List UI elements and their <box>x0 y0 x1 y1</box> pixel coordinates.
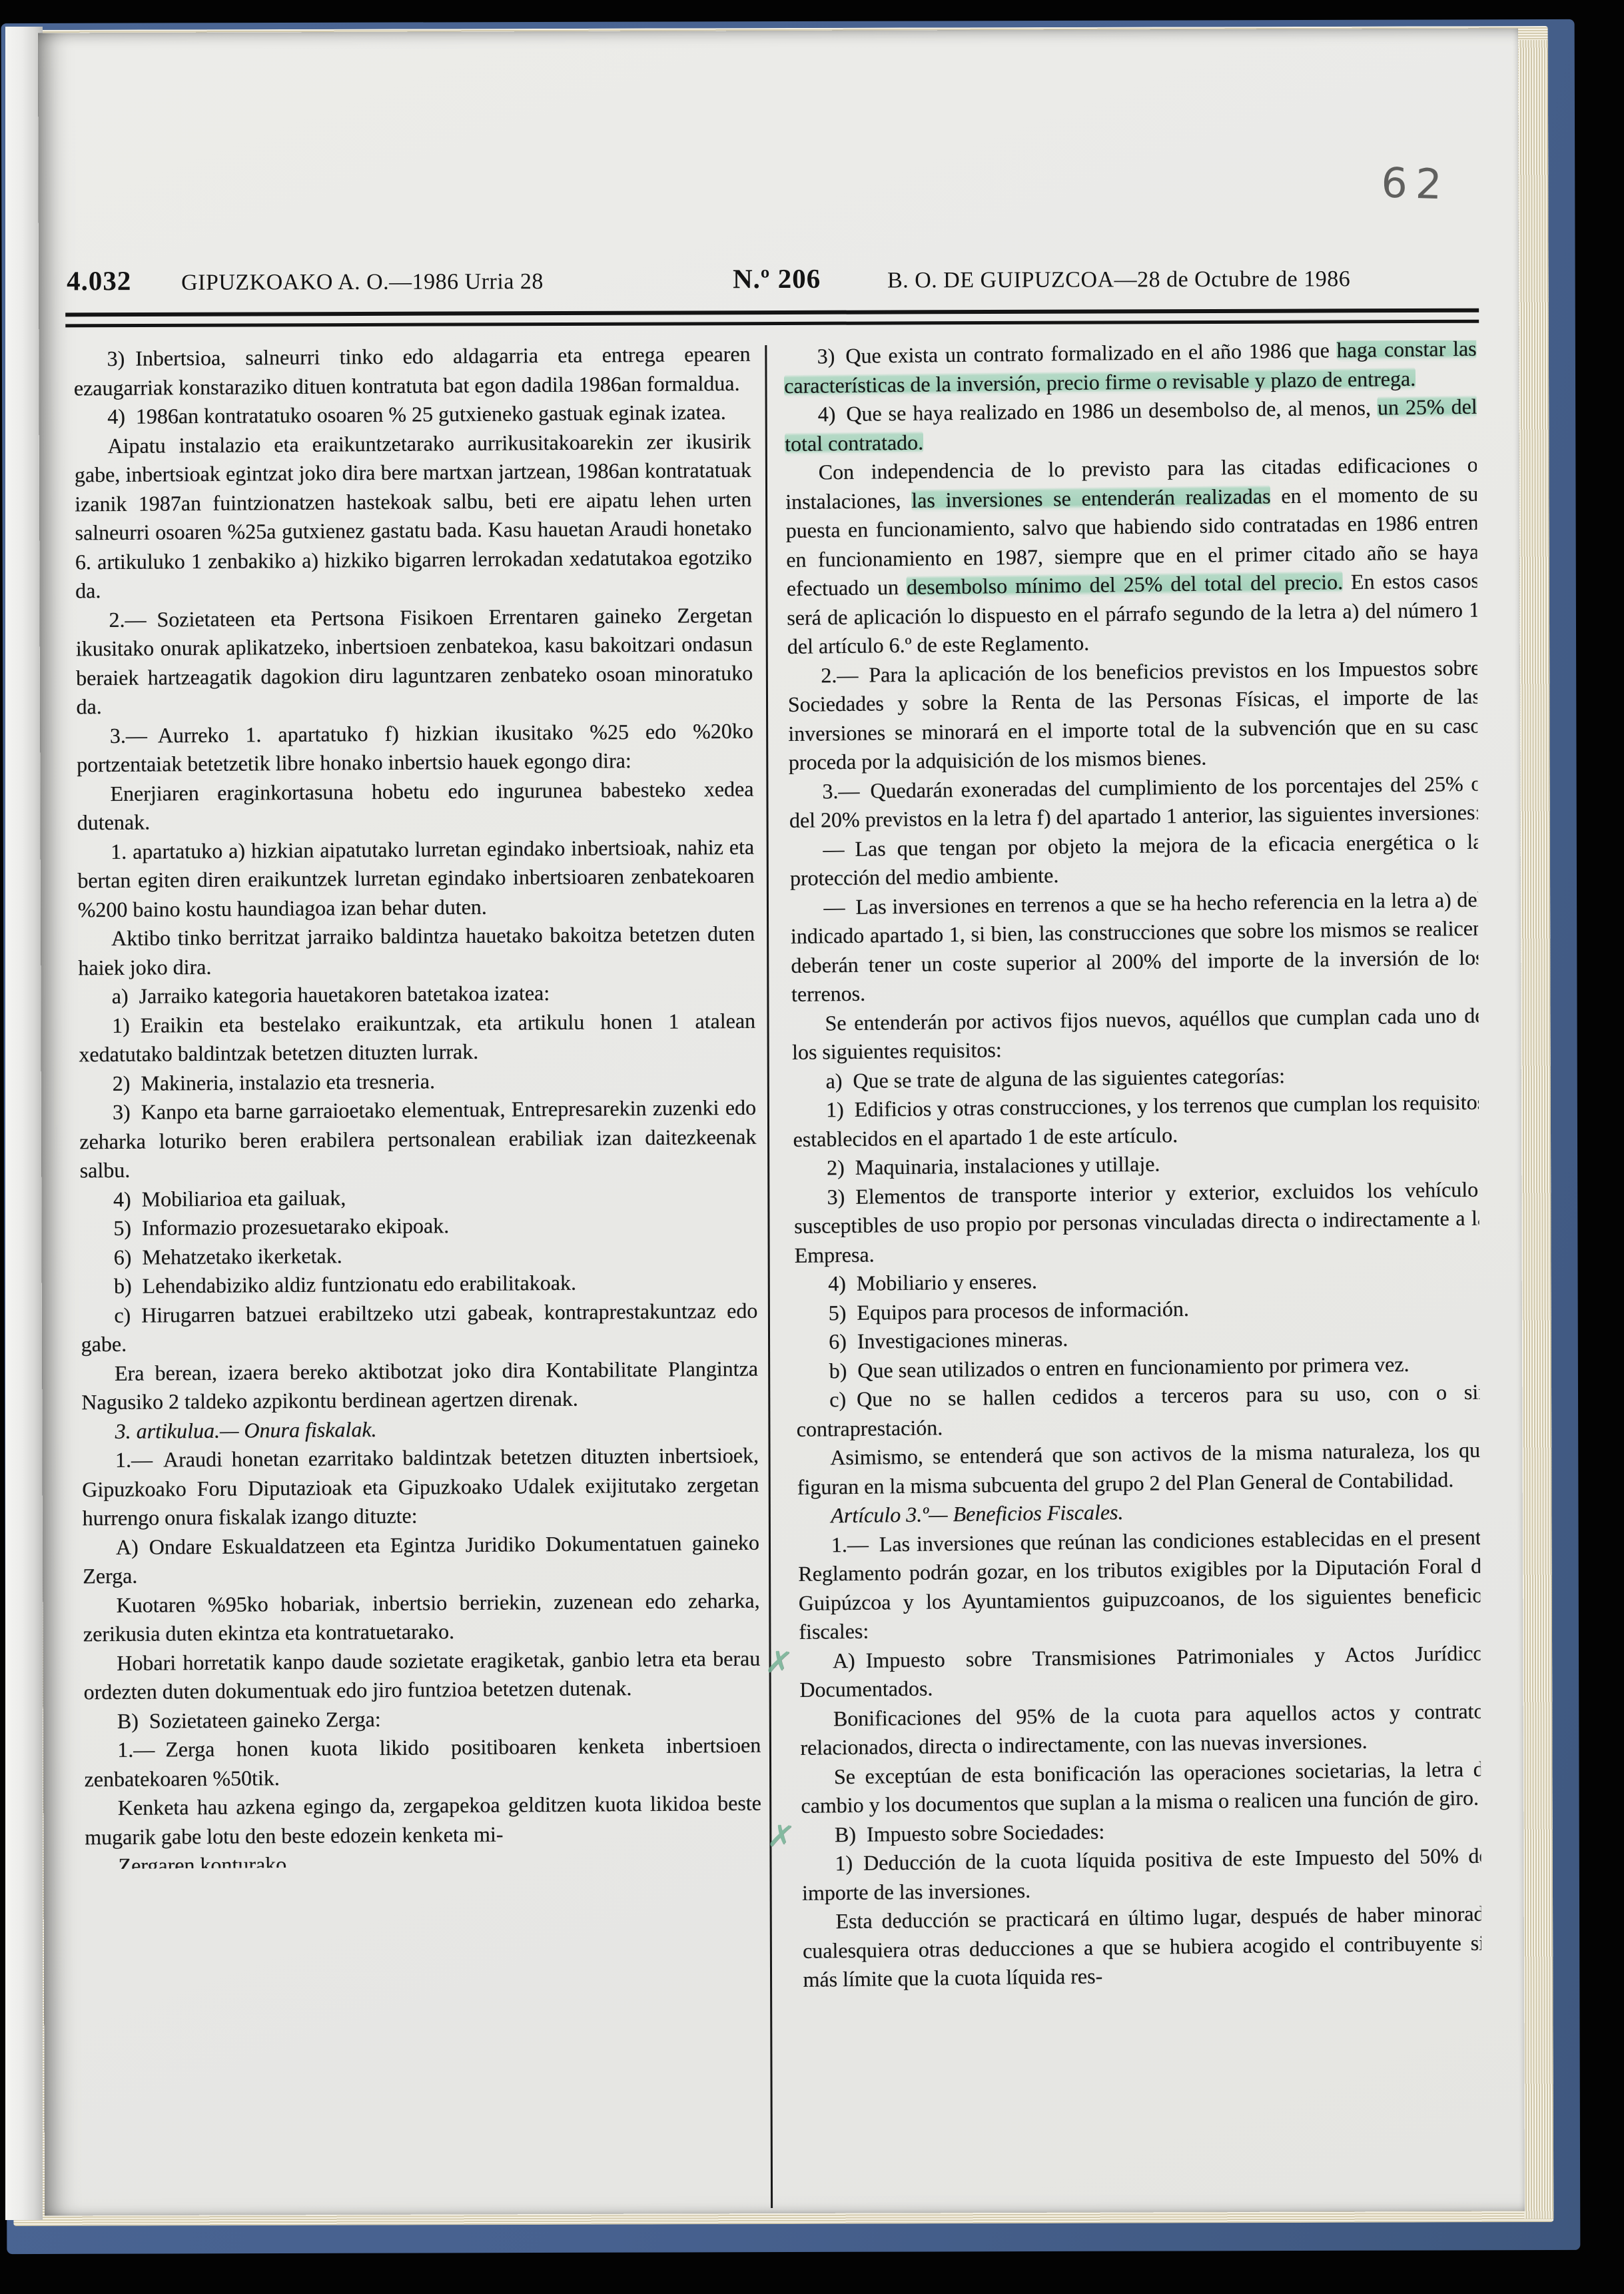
text-run: A) Impuesto sobre Transmisiones Patrimon… <box>799 1640 1482 1702</box>
text-run: 4) Mobiliarioa eta gailuak, <box>113 1185 346 1211</box>
text-run: B) Sozietateen gaineko Zerga: <box>117 1706 381 1732</box>
paragraph: 3) Kanpo eta barne garraioetako elementu… <box>79 1093 757 1185</box>
text-run: Hobari horretatik kanpo daude sozietate … <box>83 1646 760 1704</box>
paragraph: Con independencia de lo previsto para la… <box>785 450 1480 662</box>
column-divider-rule <box>765 345 773 2208</box>
text-run: Se exceptúan de esta bonificación las op… <box>801 1756 1482 1818</box>
paragraph: Aktibo tinko berritzat jarraiko baldintz… <box>78 919 755 983</box>
text-run: 5) Informazio prozesuetarako ekipoak. <box>113 1213 449 1240</box>
paragraph: Era berean, izaera bereko aktibotzat jok… <box>81 1354 759 1417</box>
text-run: 1) Deducción de la cuota líquida positiv… <box>802 1843 1482 1904</box>
paragraph: 1.— Zerga honen kuota likido positiboare… <box>84 1731 761 1794</box>
text-run: Era berean, izaera bereko aktibotzat jok… <box>81 1356 758 1414</box>
column-basque: 3) Inbertsioa, salneurri tinko edo aldag… <box>73 340 764 2211</box>
paragraph: Esta deducción se practicará en último l… <box>802 1899 1482 1994</box>
paragraph: 3) Inbertsioa, salneurri tinko edo aldag… <box>73 340 751 403</box>
text-run: A) Ondare Eskualdatzeen eta Egintza Juri… <box>83 1530 759 1588</box>
text-run: 3. artikulua.— Onura fiskalak. <box>115 1417 376 1442</box>
text-run: Aktibo tinko berritzat jarraiko baldintz… <box>78 921 755 979</box>
two-column-text: 3) Inbertsioa, salneurri tinko edo aldag… <box>73 340 1482 2211</box>
paragraph: Kuotaren %95ko hobariak, inbertsio berri… <box>83 1586 760 1649</box>
text-run: Zergaren konturako <box>118 1852 286 1869</box>
text-run: 6) Mehatzetako ikerketak. <box>113 1243 342 1269</box>
paragraph: Hobari horretatik kanpo daude sozietate … <box>83 1644 761 1707</box>
paragraph: 3.— Quedarán exoneradas del cumplimiento… <box>789 769 1482 835</box>
text-run: 3.— Aurreko 1. apartatuko f) hizkian iku… <box>77 718 753 776</box>
paragraph: 1.— Las inversiones que reúnan las condi… <box>797 1522 1482 1646</box>
paragraph: 4) Que se haya realizado en 1986 un dese… <box>784 392 1477 458</box>
text-run: c) Hirugarren batzuei erabiltzeko utzi g… <box>81 1298 757 1356</box>
text-run: B) Impuesto sobre Sociedades: <box>835 1819 1105 1846</box>
paragraph: 1) Deducción de la cuota líquida positiv… <box>801 1841 1482 1907</box>
paragraph: c) Que no se hallen cedidos a terceros p… <box>796 1378 1482 1444</box>
header-title-spanish: B. O. DE GUIPUZCOA—28 de Octubre de 1986 <box>887 267 1485 294</box>
text-run: Asimismo, se entenderá que son activos d… <box>797 1438 1482 1499</box>
text-run: Bonificaciones del 95% de la cuota para … <box>800 1698 1482 1760</box>
paragraph: Se entenderán por activos fijos nuevos, … <box>791 1001 1482 1067</box>
scanned-book-photo: 62 4.032 GIPUZKOAKO A. O.—1986 Urria 28 … <box>0 0 1624 2294</box>
paragraph: 5) Informazio prozesuetarako ekipoak. <box>80 1209 757 1243</box>
text-run: 6) Investigaciones mineras. <box>829 1327 1068 1353</box>
text-run: b) Lehendabiziko aldiz funtzionatu edo e… <box>114 1271 576 1298</box>
paragraph: a) Jarraiko kategoria hauetakoren bateta… <box>79 977 755 1011</box>
text-run: 3) Que exista un contrato formalizado en… <box>817 340 1336 368</box>
paragraph: Enerjiaren eraginkortasuna hobetu edo in… <box>77 774 754 838</box>
text-run: Kuotaren %95ko hobariak, inbertsio berri… <box>83 1588 760 1646</box>
paragraph: 1) Eraikin eta bestelako eraikuntzak, et… <box>79 1006 756 1069</box>
text-run: 5) Equipos para procesos de información. <box>828 1296 1189 1324</box>
text-run: Se entenderán por activos fijos nuevos, … <box>792 1003 1482 1064</box>
paragraph: — Las inversiones en terrenos a que se h… <box>790 885 1482 1009</box>
paragraph: Se exceptúan de esta bonificación las op… <box>801 1754 1482 1820</box>
column-spanish: 3) Que exista un contrato formalizado en… <box>783 340 1482 2208</box>
text-run: 3.— Quedarán exoneradas del cumplimiento… <box>789 771 1482 832</box>
paragraph: 3) Elementos de transporte interior y ex… <box>793 1175 1482 1270</box>
article-heading: 3. artikulua.— Onura fiskalak. <box>81 1412 758 1446</box>
text-run: 1.— Las inversiones que reúnan las condi… <box>798 1524 1482 1644</box>
paragraph: 2.— Sozietateen eta Pertsona Fisikoen Er… <box>75 600 753 722</box>
text-run: 1. apartatuko a) hizkian aipatutako lurr… <box>77 834 754 921</box>
paragraph: Kenketa hau azkena egingo da, zergapekoa… <box>85 1789 762 1852</box>
text-run: Artículo 3.º— Beneficios Fiscales. <box>831 1500 1124 1527</box>
text-run: b) Que sean utilizados o entren en funci… <box>829 1351 1409 1382</box>
text-run: Kenketa hau azkena egingo da, zergapekoa… <box>85 1791 761 1849</box>
paragraph: 3) Que exista un contrato formalizado en… <box>783 340 1477 400</box>
text-run: a) Que se trate de alguna de las siguien… <box>825 1063 1285 1093</box>
text-run: — Las que tengan por objeto la mejora de… <box>790 829 1482 890</box>
pencil-x-mark: ✗ <box>765 1820 795 1854</box>
paragraph: 6) Mehatzetako ikerketak. <box>80 1238 757 1272</box>
text-run: 2.— Sozietateen eta Pertsona Fisikoen Er… <box>76 602 753 718</box>
text-run: 2.— Para la aplicación de los beneficios… <box>788 655 1481 774</box>
text-run: 3) Kanpo eta barne garraioetako elementu… <box>79 1095 756 1183</box>
paragraph: B) Sozietateen gaineko Zerga: <box>84 1702 761 1736</box>
handwritten-page-number: 62 <box>1380 158 1450 209</box>
paragraph: 2.— Para la aplicación de los beneficios… <box>787 653 1481 777</box>
text-run: 4) Mobiliario y enseres. <box>828 1269 1037 1296</box>
text-run: 1) Eraikin eta bestelako eraikuntzak, et… <box>79 1008 755 1066</box>
paragraph: b) Lehendabiziko aldiz funtzionatu edo e… <box>81 1267 757 1301</box>
page-header: 4.032 GIPUZKOAKO A. O.—1986 Urria 28 N.º… <box>67 261 1485 297</box>
text-run: c) Que no se hallen cedidos a terceros p… <box>796 1380 1482 1441</box>
text-run: Aipatu instalazio eta eraikuntzetarako a… <box>75 428 752 602</box>
book-gutter-pages <box>5 27 43 2220</box>
highlighted-text: desembolso mínimo del 25% del total del … <box>907 570 1343 599</box>
text-run: 1.— Araudi honetan ezarritako baldintzak… <box>82 1443 759 1530</box>
text-run: — Las inversiones en terrenos a que se h… <box>791 887 1482 1006</box>
paragraph: Asimismo, se entenderá que son activos d… <box>797 1436 1482 1502</box>
text-run: Esta deducción se practicará en último l… <box>803 1901 1482 1991</box>
paragraph: 1) Edificios y otras construcciones, y l… <box>793 1088 1482 1154</box>
pencil-x-mark: ✗ <box>763 1646 793 1680</box>
paragraph: 4) Mobiliarioa eta gailuak, <box>80 1180 757 1214</box>
paragraph: 1. apartatuko a) hizkian aipatutako lurr… <box>77 832 755 924</box>
paragraph: ✗A) Impuesto sobre Transmisiones Patrimo… <box>799 1638 1483 1704</box>
paragraph: 1.— Araudi honetan ezarritako baldintzak… <box>82 1441 759 1533</box>
header-title-basque: GIPUZKOAKO A. O.—1986 Urria 28 <box>181 269 733 296</box>
text-run: 3) Elementos de transporte interior y ex… <box>794 1177 1482 1267</box>
text-run: Enerjiaren eraginkortasuna hobetu edo in… <box>77 776 754 834</box>
paragraph: 3.— Aurreko 1. apartatuko f) hizkian iku… <box>77 716 754 780</box>
paragraph: Aipatu instalazio eta eraikuntzetarako a… <box>74 426 752 606</box>
paragraph: 2) Makineria, instalazio eta tresneria. <box>79 1064 755 1098</box>
paragraph: — Las que tengan por objeto la mejora de… <box>789 827 1482 893</box>
text-run: 3) Inbertsioa, salneurri tinko edo aldag… <box>74 342 751 400</box>
text-run: 2) Makineria, instalazio eta tresneria. <box>113 1069 435 1095</box>
document-number: 4.032 <box>67 265 181 297</box>
text-run: 1) Edificios y otras construcciones, y l… <box>793 1090 1482 1151</box>
text-run: 1.— Zerga honen kuota likido positiboare… <box>84 1733 761 1791</box>
text-run: 4) Que se haya realizado en 1986 un dese… <box>817 395 1378 426</box>
text-run: a) Jarraiko kategoria hauetakoren bateta… <box>112 981 550 1008</box>
text-run: 2) Maquinaria, instalaciones y utillaje. <box>827 1151 1160 1179</box>
highlighted-text: las inversiones se entenderán realizadas <box>911 484 1271 512</box>
text-run: 4) 1986an kontratatuko osoaren % 25 gutx… <box>107 400 726 428</box>
paragraph: A) Ondare Eskualdatzeen eta Egintza Juri… <box>83 1528 760 1591</box>
paragraph: 4) 1986an kontratatuko osoaren % 25 gutx… <box>74 398 751 432</box>
paragraph: Bonificaciones del 95% de la cuota para … <box>800 1696 1483 1762</box>
bulletin-page: 62 4.032 GIPUZKOAKO A. O.—1986 Urria 28 … <box>38 29 1525 2216</box>
issue-number: N.º 206 <box>733 262 887 294</box>
paragraph: c) Hirugarren batzuei erabiltzeko utzi g… <box>81 1296 758 1359</box>
header-double-rule <box>65 308 1479 328</box>
